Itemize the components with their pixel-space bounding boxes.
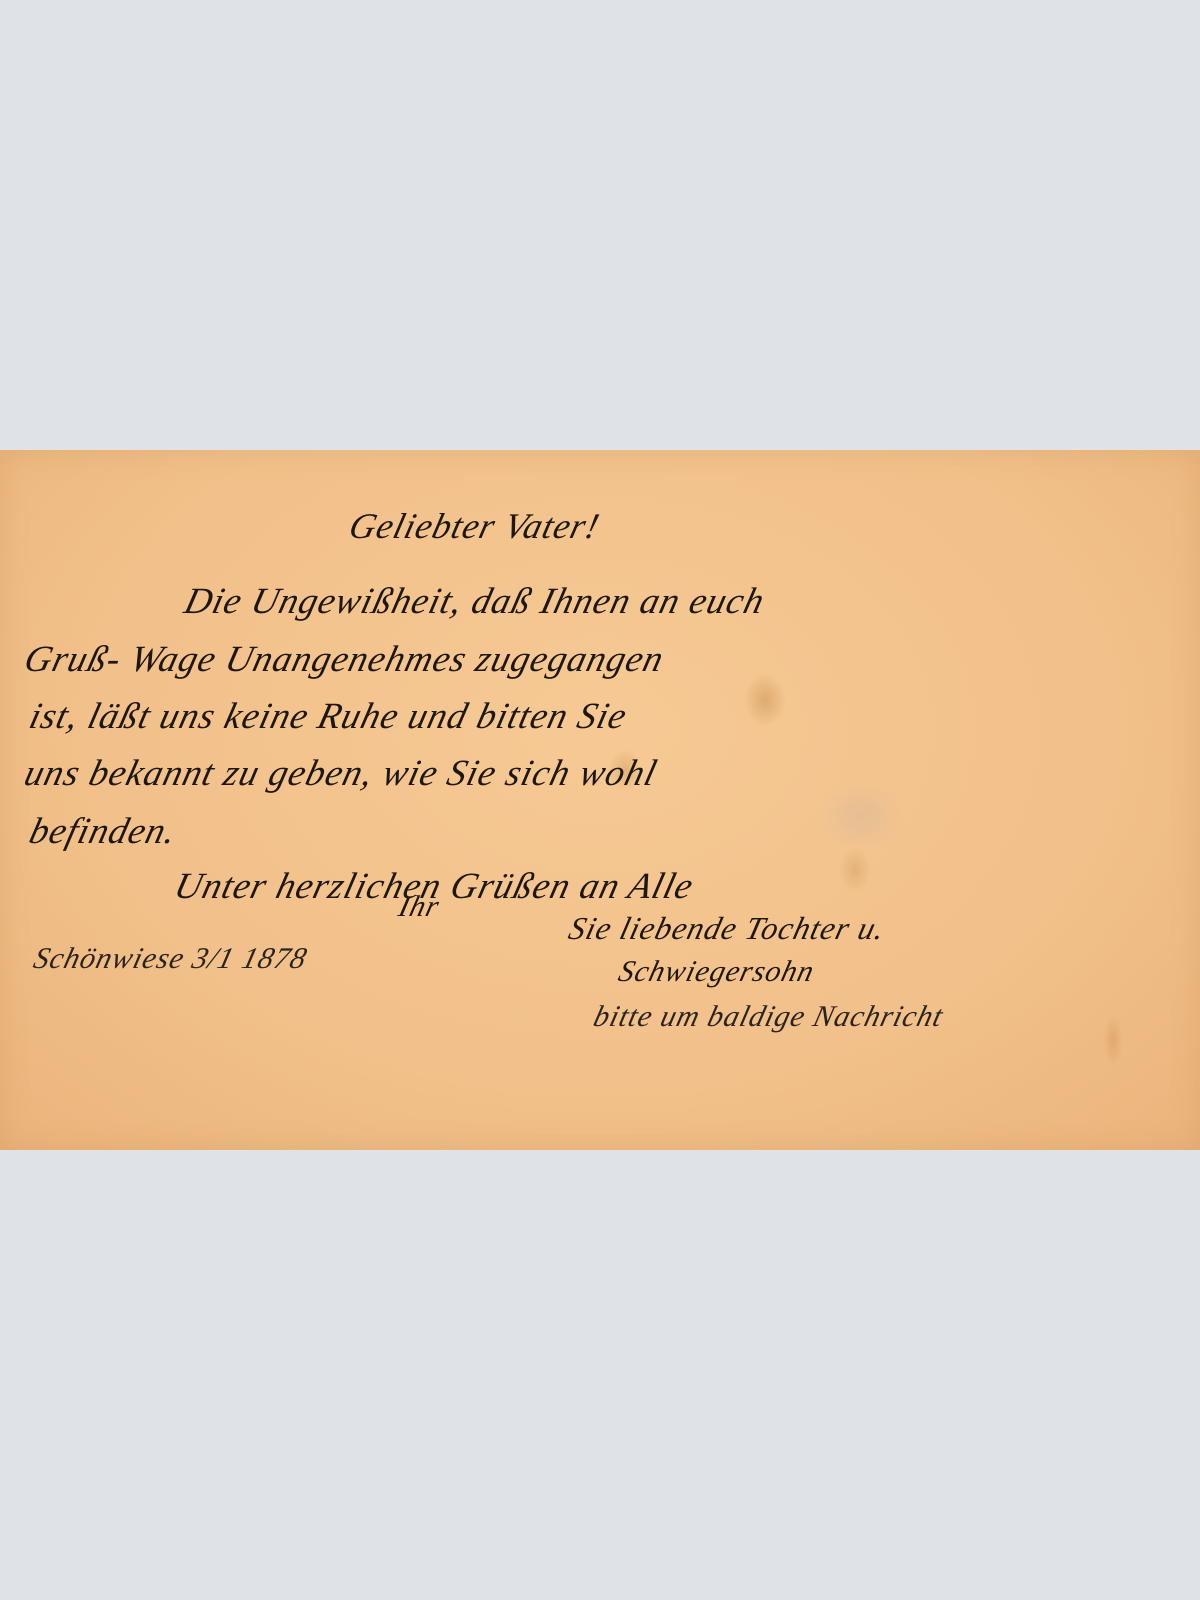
postcard: Geliebter Vater! Die Ungewißheit, daß Ih… xyxy=(0,450,1200,1150)
closing: Ihr xyxy=(395,890,443,924)
body-line: ist, läßt uns keine Ruhe und bitten Sie xyxy=(25,695,632,738)
signature-line: Schwiegersohn xyxy=(615,955,818,989)
place-date: Schönwiese 3/1 1878 xyxy=(30,942,311,976)
postscript: bitte um baldige Nachricht xyxy=(590,1000,947,1034)
signature-line: Sie liebende Tochter u. xyxy=(565,910,889,947)
body-line: Die Ungewißheit, daß Ihnen an euch xyxy=(180,580,769,623)
body-line: Gruß- Wage Unangenehmes zugegangen xyxy=(20,638,669,681)
body-line: befinden. xyxy=(25,810,181,853)
body-line: uns bekannt zu geben, wie Sie sich wohl xyxy=(20,752,662,795)
salutation: Geliebter Vater! xyxy=(345,505,604,547)
